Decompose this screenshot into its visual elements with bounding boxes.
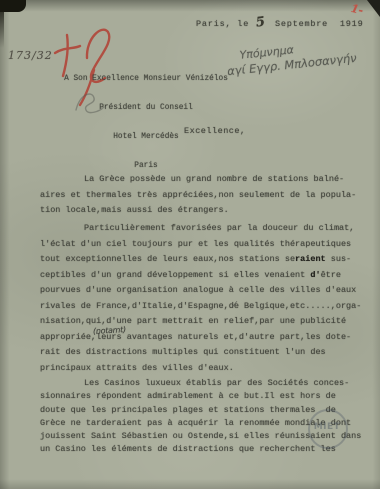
paragraph-2: Particulièrement favorisées par la douce… — [40, 221, 370, 376]
typed-line: appropriée,leurs avantages naturels et,d… — [40, 330, 370, 346]
date-suffix: Septembre 1919 — [275, 19, 364, 29]
typed-text: nisation,qui,d'une part mettrait en reli… — [40, 316, 346, 326]
typed-text: principaux attraits des villes d'eaux. — [40, 363, 234, 373]
typed-text: rivales de France,d'Italie,d'Espagne,de … — [40, 301, 361, 311]
typed-text: ceptibles d'un grand développement si el… — [40, 270, 310, 280]
typed-text: doute que les principales plages et stat… — [40, 405, 336, 415]
typed-line: tion locale,mais aussi des étrangers. — [40, 203, 370, 219]
typed-text: sus- — [326, 254, 352, 264]
overtyped-correction: d' — [310, 270, 320, 280]
typed-text: tion locale,mais aussi des étrangers. — [40, 205, 229, 215]
typed-line: rivales de France,d'Italie,d'Espagne,de … — [40, 299, 370, 315]
greek-pencil-note: Υπόμνημα αγί Εγγρ. Μπλοσανγήν — [239, 32, 380, 78]
watermark-text: ΜΙΕΤ — [304, 422, 350, 432]
archive-watermark-stamp: ΜΙΕΤ — [304, 407, 356, 451]
typed-line: Les Casinos luxueux établis par des Soci… — [40, 377, 370, 390]
pencil-scribble — [70, 88, 112, 118]
typed-line: l'éclat d'un ciel toujours pur et les qu… — [40, 237, 370, 253]
typed-line: ceptibles d'un grand développement si el… — [40, 268, 370, 284]
recipient-line-1: A Son Excellence Monsieur Vénizélos — [60, 75, 232, 85]
recipient-block: A Son Excellence Monsieur Vénizélos Prés… — [60, 56, 232, 190]
scan-corner-shadow-top-right — [367, 0, 380, 17]
date-line: Paris, le5Septembre 1919 — [196, 15, 363, 30]
salutation: Excellence, — [184, 126, 246, 136]
recipient-line-4: Paris — [60, 162, 232, 172]
typed-text: pourvues d'une organisation analogue à c… — [40, 285, 356, 295]
typed-text: rait des distractions multiples qui cons… — [40, 347, 326, 357]
typed-text: aires et thermales très appréciées,non s… — [40, 190, 356, 200]
typed-line: La Grèce possède un grand nombre de stat… — [40, 172, 370, 188]
typed-line: rait des distractions multiples qui cons… — [40, 345, 370, 361]
typed-line: principaux attraits des villes d'eaux. — [40, 361, 370, 377]
typed-text: Les Casinos luxueux établis par des Soci… — [84, 378, 349, 388]
handwritten-day: 5 — [255, 14, 267, 30]
typed-line: sionnaires répondent admirablement à ce … — [40, 390, 370, 403]
typed-line: aires et thermales très appréciées,non s… — [40, 188, 370, 204]
paragraph-1: La Grèce possède un grand nombre de stat… — [40, 172, 370, 219]
typed-line: tout exceptionnelles de leurs eaux,nos s… — [40, 252, 370, 268]
typed-text: appropriée,leurs avantages naturels et,d… — [40, 332, 351, 342]
typed-text: un Casino les éléments de distractions q… — [40, 444, 336, 454]
typed-text: l'éclat d'un ciel toujours pur et les qu… — [40, 239, 351, 249]
typed-line: Particulièrement favorisées par la douce… — [40, 221, 370, 237]
typed-text: sionnaires répondent admirablement à ce … — [40, 391, 336, 401]
typed-text: La Grèce possède un grand nombre de stat… — [84, 174, 344, 184]
typed-line: pourvues d'une organisation analogue à c… — [40, 283, 370, 299]
typed-text: Particulièrement favorisées par la douce… — [84, 223, 354, 233]
typed-line: nisation,qui,d'une part mettrait en reli… — [40, 314, 370, 330]
reference-number: 173/32 — [8, 49, 53, 62]
pencil-insertion-note: (notamt) — [93, 325, 126, 336]
overtyped-correction: raient — [295, 254, 326, 264]
date-prefix: Paris, le — [196, 19, 249, 29]
scan-edge-shadow-left — [0, 0, 4, 48]
typed-text: tout exceptionnelles de leurs eaux,nos s… — [40, 254, 295, 264]
typed-text: être — [321, 270, 341, 280]
scanned-letter-page: 1- Paris, le5Septembre 1919 173/32 A Son… — [0, 0, 380, 489]
